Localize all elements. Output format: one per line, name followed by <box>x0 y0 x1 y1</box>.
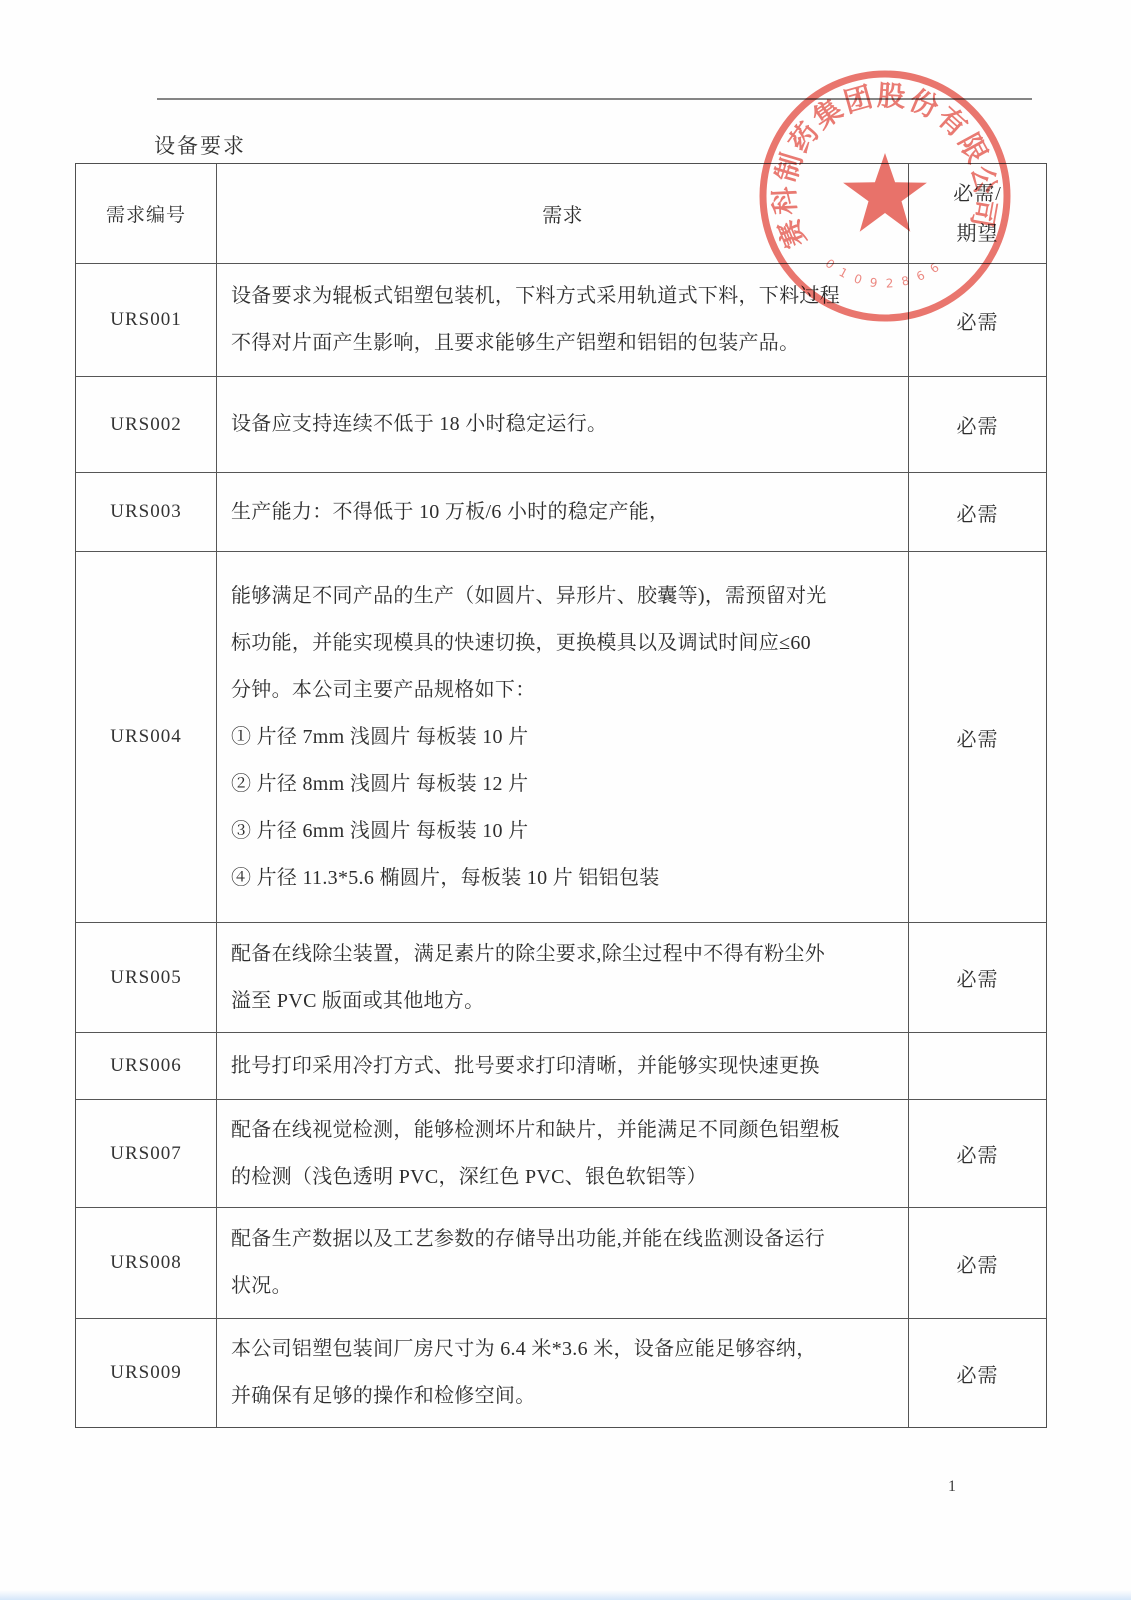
requirement-text: 生产能力：不得低于 10 万板/6 小时的稳定产能， <box>216 473 908 551</box>
requirement-priority: 必需 <box>908 377 1046 472</box>
svg-text:有: 有 <box>931 101 973 144</box>
document-page: 设备要求 需求编号 需求 必需/ 期望 URS001 设备要求为辊板式铝塑包装机… <box>0 0 1131 1600</box>
requirement-id: URS004 <box>76 552 216 922</box>
svg-text:份: 份 <box>905 84 943 124</box>
requirement-priority: 必需 <box>908 473 1046 551</box>
requirement-text-line: 配备在线视觉检测，能够检测坏片和缺片，并能满足不同颜色铝塑板 <box>231 1107 894 1154</box>
header-requirement-id: 需求编号 <box>76 164 216 263</box>
table-row: URS007 配备在线视觉检测，能够检测坏片和缺片，并能满足不同颜色铝塑板的检测… <box>76 1099 1046 1207</box>
requirement-priority: 必需 <box>908 552 1046 922</box>
svg-text:药: 药 <box>783 117 825 158</box>
table-row: URS001 设备要求为辊板式铝塑包装机，下料方式采用轨道式下料，下料过程不得对… <box>76 263 1046 376</box>
requirement-id: URS008 <box>76 1208 216 1318</box>
requirement-text-line: 生产能力：不得低于 10 万板/6 小时的稳定产能， <box>231 489 894 536</box>
header-priority-line2: 期望 <box>957 214 999 254</box>
svg-text:团: 团 <box>840 81 876 119</box>
requirement-id: URS006 <box>76 1033 216 1099</box>
table-row: URS006 批号打印采用冷打方式、批号要求打印清晰，并能够实现快速更换 <box>76 1032 1046 1099</box>
requirement-text-line: 并确保有足够的操作和检修空间。 <box>231 1373 894 1420</box>
table-body: URS001 设备要求为辊板式铝塑包装机，下料方式采用轨道式下料，下料过程不得对… <box>76 263 1046 1427</box>
requirement-text-line: 的检测（浅色透明 PVC，深红色 PVC、银色软铝等） <box>231 1154 894 1201</box>
requirement-text-line: ④ 片径 11.3*5.6 椭圆片，每板装 10 片 铝铝包装 <box>231 855 894 902</box>
requirement-id: URS002 <box>76 377 216 472</box>
requirement-text-line: ① 片径 7mm 浅圆片 每板装 10 片 <box>231 714 894 761</box>
requirement-text-line: ② 片径 8mm 浅圆片 每板装 12 片 <box>231 761 894 808</box>
requirement-text: 设备要求为辊板式铝塑包装机，下料方式采用轨道式下料，下料过程不得对片面产生影响，… <box>216 264 908 376</box>
requirement-id: URS003 <box>76 473 216 551</box>
table-header-row: 需求编号 需求 必需/ 期望 <box>76 164 1046 263</box>
requirement-text-line: 批号打印采用冷打方式、批号要求打印清晰，并能够实现快速更换 <box>231 1043 894 1090</box>
requirement-text-line: 能够满足不同产品的生产（如圆片、异形片、胶囊等)，需预留对光 <box>231 573 894 620</box>
page-title: 设备要求 <box>154 130 246 160</box>
requirement-priority: 必需 <box>908 264 1046 376</box>
requirement-text-line: 设备应支持连续不低于 18 小时稳定运行。 <box>231 401 894 448</box>
table-row: URS002 设备应支持连续不低于 18 小时稳定运行。 必需 <box>76 376 1046 472</box>
header-priority: 必需/ 期望 <box>908 164 1046 263</box>
header-requirement: 需求 <box>216 164 908 263</box>
requirement-text-line: 标功能，并能实现模具的快速切换，更换模具以及调试时间应≤60 <box>231 620 894 667</box>
requirement-text-line: 溢至 PVC 版面或其他地方。 <box>231 978 894 1025</box>
requirement-priority: 必需 <box>908 1208 1046 1318</box>
requirement-text: 能够满足不同产品的生产（如圆片、异形片、胶囊等)，需预留对光标功能，并能实现模具… <box>216 552 908 922</box>
requirement-text-line: 设备要求为辊板式铝塑包装机，下料方式采用轨道式下料，下料过程 <box>231 273 894 320</box>
requirement-priority: 必需 <box>908 1319 1046 1427</box>
table-row: URS005 配备在线除尘装置，满足素片的除尘要求,除尘过程中不得有粉尘外溢至 … <box>76 922 1046 1032</box>
requirement-text: 配备生产数据以及工艺参数的存储导出功能,并能在线监测设备运行状况。 <box>216 1208 908 1318</box>
page-number: 1 <box>948 1478 956 1496</box>
table-row: URS003 生产能力：不得低于 10 万板/6 小时的稳定产能， 必需 <box>76 472 1046 551</box>
scan-artifact-band <box>0 1590 1131 1600</box>
requirement-text-line: ③ 片径 6mm 浅圆片 每板装 10 片 <box>231 808 894 855</box>
table-row: URS009 本公司铝塑包装间厂房尺寸为 6.4 米*3.6 米，设备应能足够容… <box>76 1318 1046 1427</box>
requirement-id: URS005 <box>76 923 216 1032</box>
requirement-text: 配备在线视觉检测，能够检测坏片和缺片，并能满足不同颜色铝塑板的检测（浅色透明 P… <box>216 1100 908 1207</box>
requirement-text: 设备应支持连续不低于 18 小时稳定运行。 <box>216 377 908 472</box>
requirement-priority: 必需 <box>908 1100 1046 1207</box>
requirement-text: 配备在线除尘装置，满足素片的除尘要求,除尘过程中不得有粉尘外溢至 PVC 版面或… <box>216 923 908 1032</box>
requirement-text-line: 不得对片面产生影响，且要求能够生产铝塑和铝铝的包装产品。 <box>231 320 894 367</box>
requirement-id: URS009 <box>76 1319 216 1427</box>
table-row: URS004 能够满足不同产品的生产（如圆片、异形片、胶囊等)，需预留对光标功能… <box>76 551 1046 922</box>
requirements-table: 需求编号 需求 必需/ 期望 URS001 设备要求为辊板式铝塑包装机，下料方式… <box>75 163 1047 1428</box>
requirement-id: URS001 <box>76 264 216 376</box>
requirement-priority: 必需 <box>908 923 1046 1032</box>
requirement-text: 批号打印采用冷打方式、批号要求打印清晰，并能够实现快速更换 <box>216 1033 908 1099</box>
requirement-text: 本公司铝塑包装间厂房尺寸为 6.4 米*3.6 米，设备应能足够容纳，并确保有足… <box>216 1319 908 1427</box>
header-divider <box>157 98 1032 100</box>
requirement-text-line: 本公司铝塑包装间厂房尺寸为 6.4 米*3.6 米，设备应能足够容纳， <box>231 1326 894 1373</box>
svg-text:股: 股 <box>876 80 906 114</box>
table-row: URS008 配备生产数据以及工艺参数的存储导出功能,并能在线监测设备运行状况。… <box>76 1207 1046 1318</box>
requirement-text-line: 配备生产数据以及工艺参数的存储导出功能,并能在线监测设备运行 <box>231 1216 894 1263</box>
requirement-text-line: 分钟。本公司主要产品规格如下： <box>231 667 894 714</box>
requirement-id: URS007 <box>76 1100 216 1207</box>
requirement-priority <box>908 1033 1046 1099</box>
requirement-text-line: 配备在线除尘装置，满足素片的除尘要求,除尘过程中不得有粉尘外 <box>231 931 894 978</box>
header-priority-line1: 必需/ <box>953 174 1002 214</box>
requirement-text-line: 状况。 <box>231 1263 894 1310</box>
